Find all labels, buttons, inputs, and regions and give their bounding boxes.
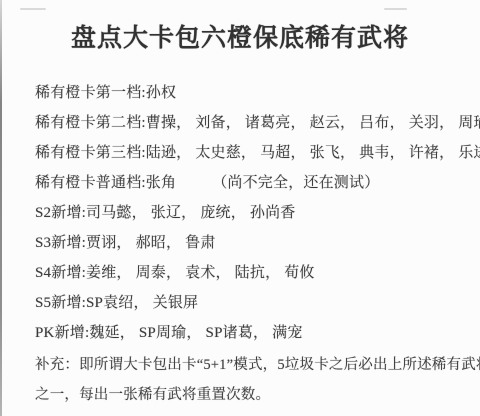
tier-names: 魏延， SP周瑜， SP诸葛， 满宠	[89, 325, 302, 341]
tier-row: PK新增:魏延， SP周瑜， SP诸葛， 满宠	[35, 318, 472, 348]
tier-label: S2新增:	[35, 205, 86, 221]
tier-row: S2新增:司马懿， 张辽， 庞统， 孙尚香	[35, 198, 472, 228]
document-page: 盘点大卡包六橙保底稀有武将 稀有橙卡第一档:孙权 稀有橙卡第二档:曹操， 刘备，…	[0, 0, 480, 416]
tier-names: 孙权	[146, 85, 176, 101]
tier-label: S5新增:	[35, 295, 86, 311]
tier-names: SP袁绍， 关银屏	[86, 295, 198, 311]
tier-label: 稀有橙卡普通档:	[35, 175, 146, 191]
tier-row: 稀有橙卡第三档:陆逊， 太史慈， 马超， 张飞， 典韦， 许褚， 乐进	[35, 138, 472, 168]
supplement-note: 补充：即所谓大卡包出卡“5+1”模式，5垃圾卡之后必出上所述稀有武将 之一，每出…	[35, 350, 472, 410]
tier-names: 张角	[146, 175, 176, 191]
photo-edge-line	[0, 0, 2, 416]
tier-names: 姜维， 周泰， 袁术， 陆抗， 荀攸	[86, 265, 315, 281]
tier-row: 稀有橙卡普通档:张角（尚不完全，还在测试）	[35, 168, 472, 198]
tier-names: 司马懿， 张辽， 庞统， 孙尚香	[86, 205, 295, 221]
tier-label: 稀有橙卡第二档:	[35, 115, 146, 131]
footnote-line-1: 补充：即所谓大卡包出卡“5+1”模式，5垃圾卡之后必出上所述稀有武将	[35, 350, 472, 380]
tier-note: （尚不完全，还在测试）	[212, 175, 379, 191]
tier-names: 贾诩， 郝昭， 鲁肃	[86, 235, 216, 251]
tier-row: S4新增:姜维， 周泰， 袁术， 陆抗， 荀攸	[35, 258, 472, 288]
tier-names: 曹操， 刘备， 诸葛亮， 赵云， 吕布， 关羽， 周瑜	[146, 115, 480, 131]
tier-label: 稀有橙卡第一档:	[35, 85, 146, 101]
tier-row: S5新增:SP袁绍， 关银屏	[35, 288, 472, 318]
photo-artifact-dash-left	[20, 8, 46, 10]
tier-label: S4新增:	[35, 265, 86, 281]
footnote-line-2: 之一，每出一张稀有武将重置次数。	[35, 380, 472, 410]
tier-names: 陆逊， 太史慈， 马超， 张飞， 典韦， 许褚， 乐进	[146, 145, 480, 161]
photo-artifact-dash-right	[384, 8, 407, 10]
tier-row: S3新增:贾诩， 郝昭， 鲁肃	[35, 228, 472, 258]
page-title: 盘点大卡包六橙保底稀有武将	[0, 18, 480, 54]
tier-row: 稀有橙卡第二档:曹操， 刘备， 诸葛亮， 赵云， 吕布， 关羽， 周瑜	[35, 108, 472, 138]
tier-label: S3新增:	[35, 235, 86, 251]
tier-label: PK新增:	[35, 325, 89, 341]
tier-row: 稀有橙卡第一档:孙权	[35, 78, 472, 108]
tier-label: 稀有橙卡第三档:	[35, 145, 146, 161]
tier-list: 稀有橙卡第一档:孙权 稀有橙卡第二档:曹操， 刘备， 诸葛亮， 赵云， 吕布， …	[35, 78, 472, 410]
